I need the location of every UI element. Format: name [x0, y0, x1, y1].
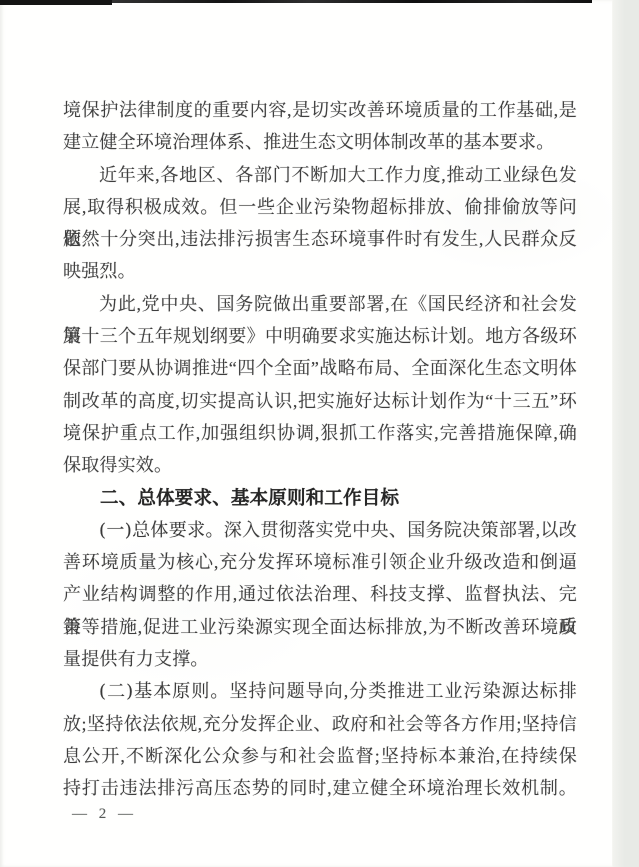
- paragraph-line: (一)总体要求。深入贯彻落实党中央、国务院决策部署,以改: [63, 514, 577, 546]
- paragraph-line: 映强烈。: [63, 255, 577, 287]
- paragraph-line: 为此,党中央、国务院做出重要部署,在《国民经济和社会发展: [63, 288, 577, 320]
- clause-label: (二)基本原则。: [99, 681, 229, 702]
- paragraph-line: 善环境质量为核心,充分发挥环境标准引领企业升级改造和倒逼: [63, 546, 577, 578]
- paragraph-line: 量提供有力支撑。: [63, 643, 577, 675]
- paragraph-line: 境保护法律制度的重要内容,是切实改善环境质量的工作基础,是: [63, 94, 577, 126]
- paragraph-line: 依然十分突出,违法排污损害生态环境事件时有发生,人民群众反: [63, 223, 577, 255]
- page-number: — 2 —: [72, 806, 137, 823]
- scan-right-edge-strip: [612, 0, 639, 867]
- clause-label: (一)总体要求。: [99, 520, 224, 541]
- paragraph-line: 息公开,不断深化公众参与和社会监督;坚持标本兼治,在持续保: [63, 740, 577, 772]
- paragraph-line: 第十三个五年规划纲要》中明确要求实施达标计划。地方各级环: [63, 320, 577, 352]
- paragraph-line: 建立健全环境治理体系、推进生态文明体制改革的基本要求。: [63, 126, 577, 158]
- scanned-document-page: 境保护法律制度的重要内容,是切实改善环境质量的工作基础,是 建立健全环境治理体系…: [0, 0, 639, 867]
- paragraph-line-text: 深入贯彻落实党中央、国务院决策部署,以改: [224, 520, 577, 540]
- paragraph-line: 放;坚持依法依规,充分发挥企业、政府和社会等各方作用;坚持信: [63, 708, 577, 740]
- section-heading: 二、总体要求、基本原则和工作目标: [63, 482, 577, 514]
- document-body: 境保护法律制度的重要内容,是切实改善环境质量的工作基础,是 建立健全环境治理体系…: [63, 94, 577, 805]
- paragraph-line: 产业结构调整的作用,通过依法治理、科技支撑、监督执法、完善政: [63, 578, 577, 610]
- paragraph-line: 制改革的高度,切实提高认识,把实施好达标计划作为“十三五”环: [63, 385, 577, 417]
- paragraph-line: 保取得实效。: [63, 449, 577, 481]
- paragraph-line: 境保护重点工作,加强组织协调,狠抓工作落实,完善措施保障,确: [63, 417, 577, 449]
- paragraph-line: 保部门要从协调推进“四个全面”战略布局、全面深化生态文明体: [63, 352, 577, 384]
- paragraph-line: 展,取得积极成效。但一些企业污染物超标排放、偷排偷放等问题: [63, 191, 577, 223]
- paragraph-line: 持打击违法排污高压态势的同时,建立健全环境治理长效机制。: [63, 772, 577, 804]
- paragraph-line: (二)基本原则。坚持问题导向,分类推进工业污染源达标排: [63, 675, 577, 707]
- paragraph-line: 近年来,各地区、各部门不断加大工作力度,推动工业绿色发: [63, 159, 577, 191]
- paragraph-line: 策等措施,促进工业污染源实现全面达标排放,为不断改善环境质: [63, 611, 577, 643]
- paragraph-line-text: 坚持问题导向,分类推进工业污染源达标排: [229, 681, 577, 701]
- scan-top-edge-artifact: [0, 0, 592, 3]
